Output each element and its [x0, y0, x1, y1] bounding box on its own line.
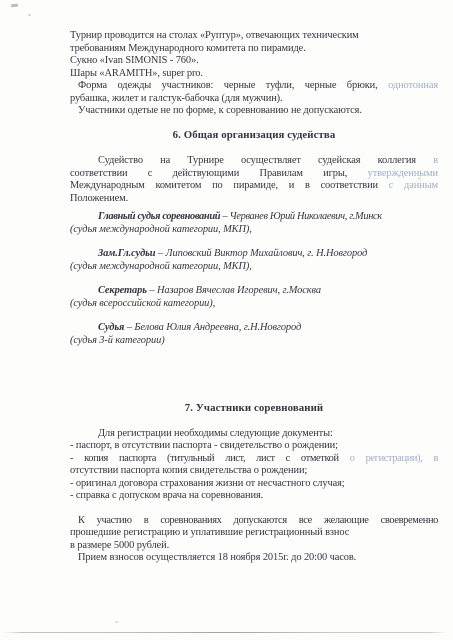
judge-name: – Назаров Вячеслав Игоревич, г.Москва — [149, 285, 321, 296]
doc-line: Положением. — [70, 193, 438, 206]
scan-speck — [11, 4, 18, 8]
judge-entry: Секретарь – Назаров Вячеслав Игоревич, г… — [70, 285, 438, 310]
doc-line: К участию в соревнованиях допускаются вс… — [70, 515, 438, 528]
judge-category: (судья всероссийской категории), — [70, 298, 438, 311]
doc-line: Главный судья соревнований – Черванев Юр… — [70, 211, 438, 224]
judge-entry: Главный судья соревнований – Черванев Юр… — [70, 211, 438, 236]
doc-line: Для регистрации необходимы следующие док… — [70, 428, 438, 441]
document-list-item: - копия паспорта (титульный лист, лист с… — [70, 453, 438, 466]
doc-line: рубашка, жилет и галстук-бабочка (для му… — [70, 93, 438, 106]
doc-line: Судья – Белова Юлия Андреевна, г.Н.Новго… — [70, 322, 438, 335]
scan-speck — [28, 14, 31, 16]
doc-line: Форма одежды участников: черные туфли, ч… — [70, 80, 438, 93]
doc-line: Сукно «Ivan SIMONIS - 760». — [70, 55, 438, 68]
faded-ink-text: утвержденными — [368, 168, 438, 179]
doc-line: требованиям Международного комитета по п… — [70, 43, 438, 56]
document-list-item: - оригинал договора страхования жизни от… — [70, 478, 438, 491]
judge-category: (судья 3-й категории) — [70, 335, 438, 348]
judge-category: (судья международной категории, МКП), — [70, 261, 438, 274]
doc-line-text: - копия паспорта (титульный лист, лист с… — [70, 453, 339, 464]
judge-entry: Судья – Белова Юлия Андреевна, г.Н.Новго… — [70, 322, 438, 347]
section-6-paragraph: Судейство на Турнире осуществляет судейс… — [70, 155, 438, 205]
doc-line: Шары «ARAMITH», super pro. — [70, 68, 438, 81]
doc-line-text: Международным комитетом по пирамиде, и в… — [70, 180, 378, 191]
faded-ink-text: о регистрации), в — [350, 453, 438, 464]
section-7-heading: 7. Участники соревнований — [70, 402, 438, 415]
doc-line: соответствии с действующими Правилам игр… — [70, 168, 438, 181]
document-list-item: - справка с допуском врача на соревнован… — [70, 490, 438, 503]
judge-category: (судья международной категории, МКП), — [70, 224, 438, 237]
doc-line-text: Форма одежды участников: черные туфли, ч… — [78, 80, 378, 91]
intro-paragraph: Турнир проводится на столах «Руптур», от… — [70, 30, 438, 118]
page-edge-line — [4, 632, 447, 633]
doc-line: Участники одетые не по форме, к соревнов… — [70, 105, 438, 118]
scanned-document-page: Турнир проводится на столах «Руптур», от… — [0, 0, 453, 640]
doc-line: Турнир проводится на столах «Руптур», от… — [70, 30, 438, 43]
judge-role: Судья — [98, 322, 124, 333]
doc-line: отсутствии паспорта копия свидетельства … — [70, 465, 438, 478]
scan-speck — [115, 621, 118, 623]
doc-line: Секретарь – Назаров Вячеслав Игоревич, г… — [70, 285, 438, 298]
doc-line-text: Судейство на Турнире осуществляет судейс… — [98, 155, 416, 166]
doc-line: Прием взносов осуществляется 18 ноября 2… — [70, 552, 438, 565]
judge-name: – Липовский Виктор Михайлович, г. Н.Новг… — [158, 248, 367, 259]
doc-line: Зам.Гл.судьи – Липовский Виктор Михайлов… — [70, 248, 438, 261]
document-list-item: - паспорт, в отсутствии паспорта - свиде… — [70, 440, 438, 453]
judge-role: Главный судья соревнований — [98, 211, 220, 222]
doc-line: Судейство на Турнире осуществляет судейс… — [70, 155, 438, 168]
section-6-heading: 6. Общая организация судейства — [70, 129, 438, 142]
doc-line-text: соответствии с действующими Правилам игр… — [70, 168, 347, 179]
document-body: Турнир проводится на столах «Руптур», от… — [70, 30, 438, 565]
judge-role: Секретарь — [98, 285, 147, 296]
doc-line: прошедшие регистрацию и уплатившие регис… — [70, 527, 438, 540]
documents-list: Для регистрации необходимы следующие док… — [70, 428, 438, 503]
judge-entry: Зам.Гл.судьи – Липовский Виктор Михайлов… — [70, 248, 438, 273]
admission-paragraph: К участию в соревнованиях допускаются вс… — [70, 515, 438, 565]
judge-name: – Белова Юлия Андреевна, г.Н.Новгород — [127, 322, 301, 333]
faded-ink-text: в — [433, 155, 438, 166]
faded-ink-text: с данным — [389, 180, 438, 191]
faded-ink-text: однотонная — [388, 80, 438, 91]
judge-name: – Черванев Юрий Николаевич, г.Минск — [222, 211, 381, 222]
judge-role: Зам.Гл.судьи — [98, 248, 155, 259]
doc-line: в размере 5000 рублей. — [70, 540, 438, 553]
doc-line: Международным комитетом по пирамиде, и в… — [70, 180, 438, 193]
